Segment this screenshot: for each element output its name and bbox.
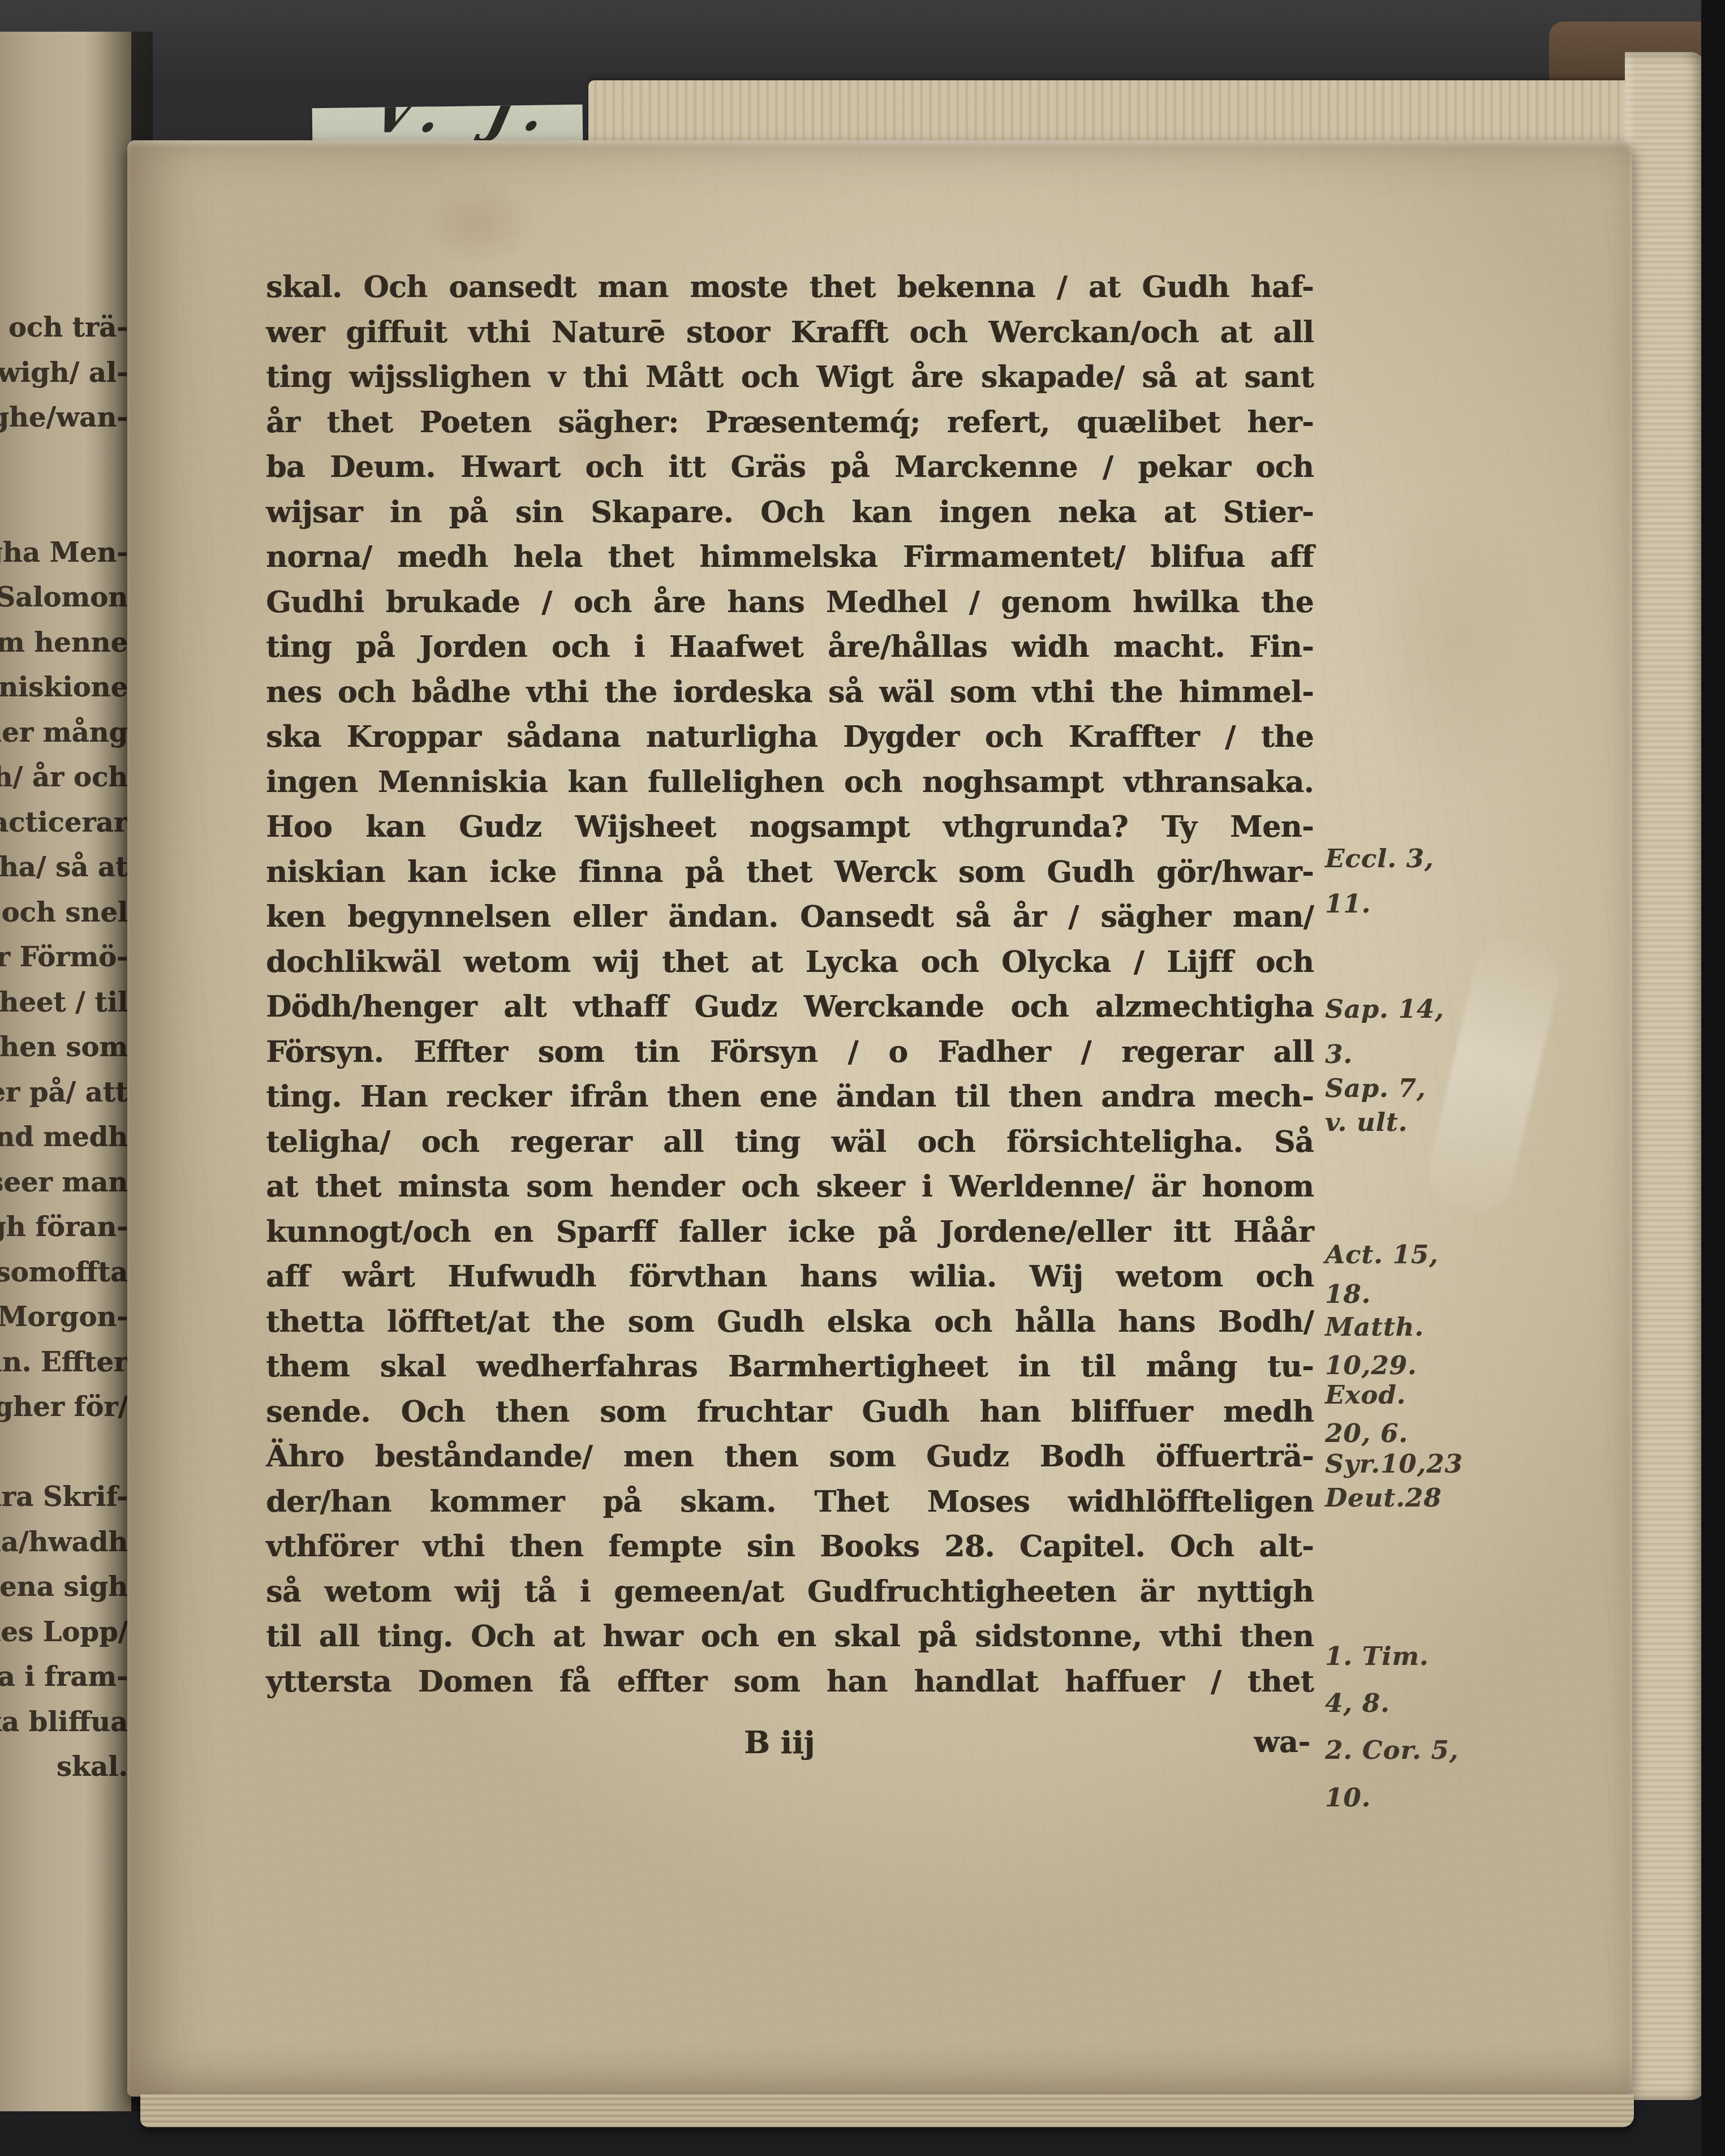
body-line: norna/ medh hela thet himmelska Firmamen…	[266, 535, 1314, 580]
body-line: wijsar in på sin Skapare. Och kan ingen …	[266, 490, 1314, 535]
left-page-fragment: ägher för/	[0, 1385, 128, 1430]
left-page-fragment: enniskione	[0, 665, 128, 711]
body-line: ken begynnelsen eller ändan. Oansedt så …	[266, 894, 1314, 940]
left-page-fragment: tygha Men-	[0, 531, 128, 576]
body-line: them skal wedherfahras Barmhertigheet in…	[266, 1344, 1314, 1389]
left-page-fragment: ndigheet / til	[0, 980, 128, 1026]
body-text-block: skal. Och oansedt man moste thet bekenna…	[266, 265, 1314, 1704]
body-line: Försyn. Effter som tin Försyn / o Fadher…	[266, 1030, 1314, 1075]
body-line: nes och bådhe vthi the iordeska så wäl s…	[266, 670, 1314, 715]
body-line: Ähro beståndande/ men then som Gudz Bodh…	[266, 1434, 1314, 1479]
left-page-fragment: kan. Effter	[0, 1340, 128, 1385]
left-page-fragment: år then som	[0, 1025, 128, 1070]
left-page-fragment: h esomoffta	[0, 1250, 128, 1296]
top-pages-edge	[588, 80, 1641, 147]
body-line: til all ting. Och at hwar och en skal på…	[266, 1614, 1314, 1659]
bottom-pages-edge	[140, 2094, 1634, 2127]
paper-stain	[421, 180, 535, 265]
catchword: wa-	[1254, 1720, 1310, 1765]
left-page-fragment: döma/hwadh	[0, 1520, 128, 1565]
body-line: der/han kommer på skam. Thet Moses widhl…	[266, 1479, 1314, 1525]
body-line: at thet minsta som hender och skeer i We…	[266, 1164, 1314, 1210]
body-line: Dödh/henger alt vthaff Gudz Werckande oc…	[266, 984, 1314, 1030]
left-page-fragment: / practicerar	[0, 801, 128, 846]
body-line: ting på Jorden och i Haafwet åre/hållas …	[266, 625, 1314, 670]
photo-canvas: V. J. O. e / och trä-r ewigh/ al-gelighe…	[0, 0, 1725, 2156]
body-line: teligha/ och regerar all ting wäl och fö…	[266, 1120, 1314, 1165]
left-page-fragment: r ewigh/ al-	[0, 351, 128, 396]
paper-stain	[1361, 491, 1547, 797]
left-page-fragment: ff Morgon-	[0, 1295, 128, 1340]
left-page-fragment: Olycka bliffua	[0, 1700, 128, 1745]
body-line: wer giffuit vthi Naturē stoor Krafft och…	[266, 310, 1314, 355]
body-line: vthförer vthi then fempte sin Books 28. …	[266, 1524, 1314, 1569]
left-page-fragment	[0, 485, 128, 531]
left-page-fragment: elstånd medh	[0, 1115, 128, 1160]
left-page-fragment: ornes Lopp/	[0, 1610, 128, 1655]
body-line: sende. Och then som fruchtar Gudh han bl…	[266, 1389, 1314, 1435]
body-line: år thet Poeten sägher: Præsentemq́; refe…	[266, 400, 1314, 445]
body-line: dochlikwäl wetom wij thet at Lycka och O…	[266, 940, 1314, 985]
body-line: ska Kroppar sådana naturligha Dygder och…	[266, 715, 1314, 760]
left-page-fragment: örmeena sigh	[0, 1565, 128, 1610]
left-page-fragment: t som henne	[0, 621, 128, 666]
left-page-fragment: skal.	[0, 1745, 128, 1790]
left-page-fragment: ß ther på/ att	[0, 1070, 128, 1116]
body-line: yttersta Domen få effter som han handlat…	[266, 1659, 1314, 1705]
body-line: ting wijsslighen v thi Mått och Wigt åre…	[266, 355, 1314, 400]
left-page-fragment: Ty seer man	[0, 1160, 128, 1206]
left-page-fragment: niskia i fram-	[0, 1655, 128, 1700]
signature-mark: B iij	[744, 1720, 815, 1765]
left-page-fragment: en Salomon	[0, 575, 128, 621]
background-right-bar	[1701, 0, 1725, 2156]
left-page-fragment	[0, 441, 128, 486]
body-line: Gudhi brukade / och åre hans Medhel / ge…	[266, 580, 1314, 625]
body-line: ting. Han recker ifrån then ene ändan ti…	[266, 1074, 1314, 1120]
body-line: så wetom wij tå i gemeen/at Gudfruchtigh…	[266, 1569, 1314, 1615]
body-line: kunnogt/och en Sparff faller icke på Jor…	[266, 1210, 1314, 1255]
signature-row: B iij wa-	[266, 1720, 1314, 1765]
left-page-fragment: erligh föran-	[0, 1205, 128, 1250]
left-page-fragment: e / och trä-	[0, 305, 128, 351]
left-page-fragment: ndra Skrif-	[0, 1475, 128, 1520]
left-page-fragment: stoor Förmö-	[0, 935, 128, 980]
fore-edge-stack	[1625, 52, 1705, 2100]
body-line: Hoo kan Gudz Wijsheet nogsampt vthgrunda…	[266, 804, 1314, 850]
left-page-fragment: sligha/ så at	[0, 845, 128, 890]
left-page-fragments: e / och trä-r ewigh/ al-gelighe/wan-tygh…	[0, 305, 128, 1790]
body-line: aff wårt Hufwudh förvthan hans wilia. Wi…	[266, 1254, 1314, 1299]
body-line: niskian kan icke finna på thet Werck som…	[266, 850, 1314, 895]
left-page-strip: e / och trä-r ewigh/ al-gelighe/wan-tygh…	[0, 32, 131, 2111]
left-page-fragment: ferdh/ år och	[0, 755, 128, 801]
body-line: ingen Menniskia kan fullelighen och nogh…	[266, 760, 1314, 805]
left-page-fragment	[0, 1430, 128, 1475]
left-page-fragment: haffuer mång	[0, 711, 128, 756]
left-page-fragment: digh och snel	[0, 890, 128, 936]
body-line: skal. Och oansedt man moste thet bekenna…	[266, 265, 1314, 310]
left-page-fragment: gelighe/wan-	[0, 395, 128, 441]
body-line: ba Deum. Hwart och itt Gräs på Marckenne…	[266, 445, 1314, 490]
slip-inscription: V. J. O.	[367, 105, 583, 145]
body-line: thetta löfftet/at the som Gudh elska och…	[266, 1299, 1314, 1345]
